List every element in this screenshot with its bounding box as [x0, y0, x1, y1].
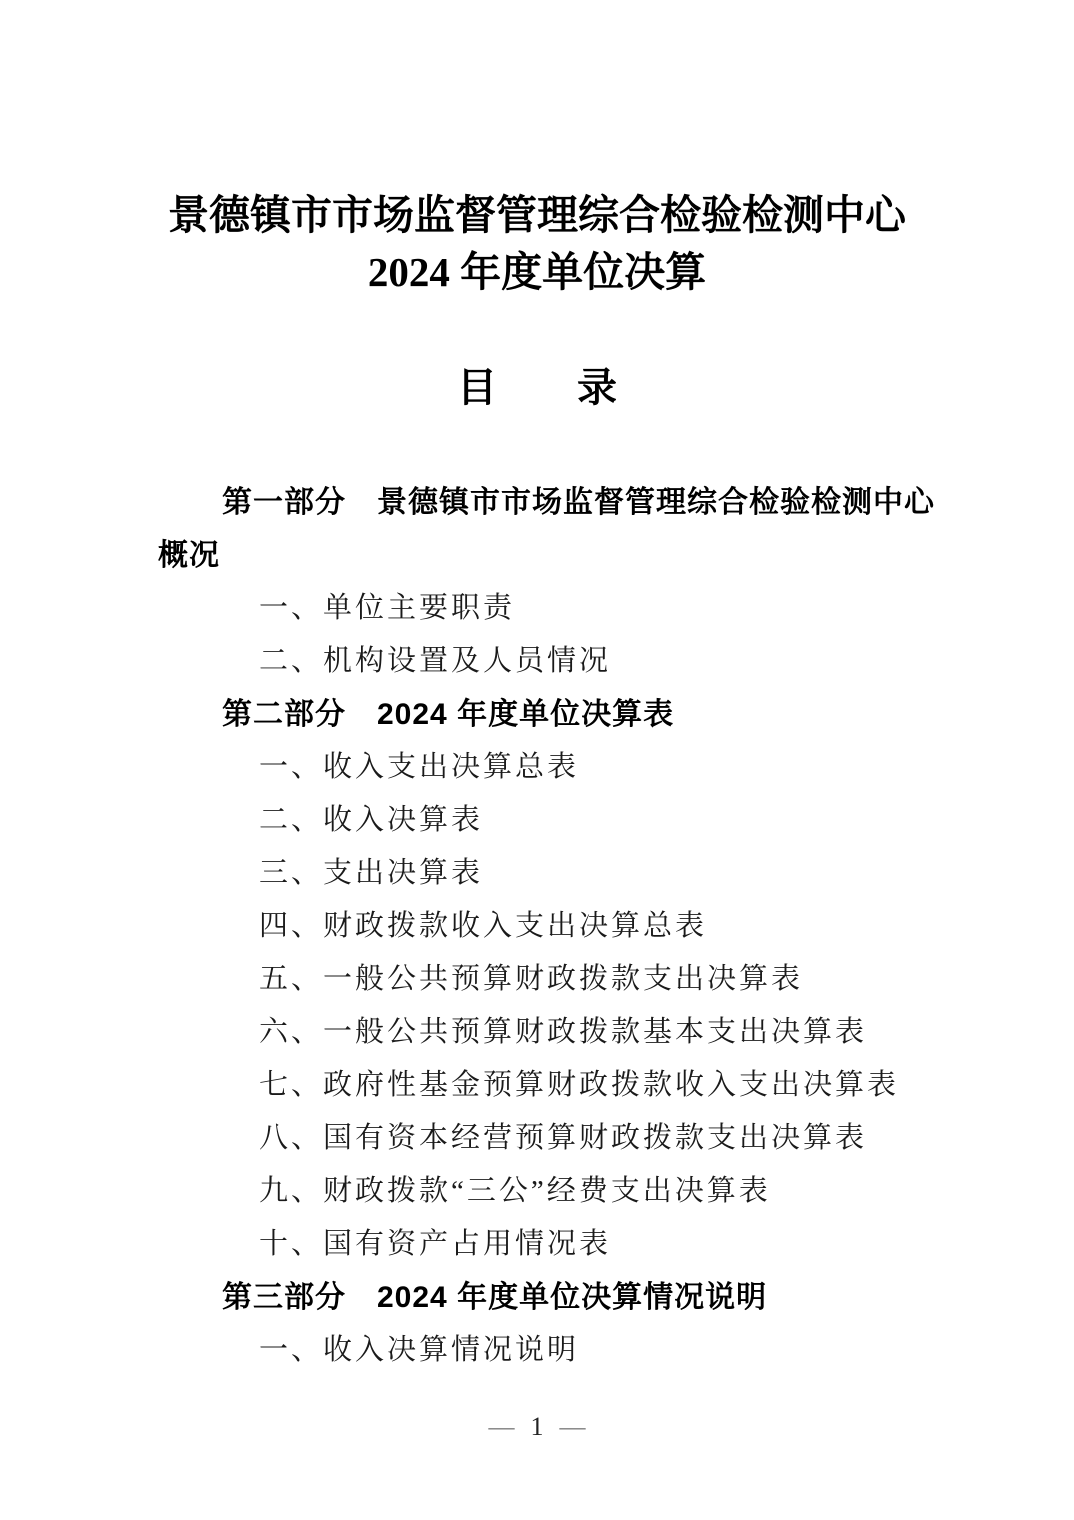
footer-dash-left: —	[489, 1412, 515, 1441]
toc-item: 八、国有资本经营预算财政拨款支出决算表	[158, 1112, 916, 1165]
page-number: 1	[515, 1412, 560, 1441]
toc-item: 六、一般公共预算财政拨款基本支出决算表	[158, 1006, 916, 1059]
toc-item: 九、财政拨款“三公”经费支出决算表	[158, 1165, 916, 1218]
toc-item: 四、财政拨款收入支出决算总表	[158, 900, 916, 953]
footer-dash-right: —	[560, 1412, 586, 1441]
document-title-line2: 2024 年度单位决算	[158, 244, 916, 301]
page-footer: —1—	[0, 1412, 1074, 1442]
toc-item: 五、一般公共预算财政拨款支出决算表	[158, 953, 916, 1006]
toc-part-heading: 第三部分 2024 年度单位决算情况说明	[158, 1271, 916, 1324]
page-content: 景德镇市市场监督管理综合检验检测中心 2024 年度单位决算 目 录 第一部分 …	[0, 187, 1074, 1377]
toc-list: 第一部分 景德镇市市场监督管理综合检验检测中心 概况 一、单位主要职责 二、机构…	[158, 476, 916, 1377]
toc-item: 三、支出决算表	[158, 847, 916, 900]
document-page: 景德镇市市场监督管理综合检验检测中心 2024 年度单位决算 目 录 第一部分 …	[0, 0, 1074, 1520]
toc-item: 七、政府性基金预算财政拨款收入支出决算表	[158, 1059, 916, 1112]
document-title-line1: 景德镇市市场监督管理综合检验检测中心	[158, 187, 916, 244]
document-title: 景德镇市市场监督管理综合检验检测中心 2024 年度单位决算	[158, 187, 916, 301]
toc-item: 二、收入决算表	[158, 794, 916, 847]
toc-part-heading-wrap: 概况	[158, 529, 916, 582]
toc-item: 十、国有资产占用情况表	[158, 1218, 916, 1271]
toc-item: 二、机构设置及人员情况	[158, 635, 916, 688]
toc-part-heading: 第一部分 景德镇市市场监督管理综合检验检测中心	[158, 476, 916, 529]
toc-item: 一、收入支出决算总表	[158, 741, 916, 794]
toc-item: 一、收入决算情况说明	[158, 1324, 916, 1377]
toc-part-heading: 第二部分 2024 年度单位决算表	[158, 688, 916, 741]
toc-item: 一、单位主要职责	[158, 582, 916, 635]
toc-heading: 目 录	[158, 365, 916, 411]
